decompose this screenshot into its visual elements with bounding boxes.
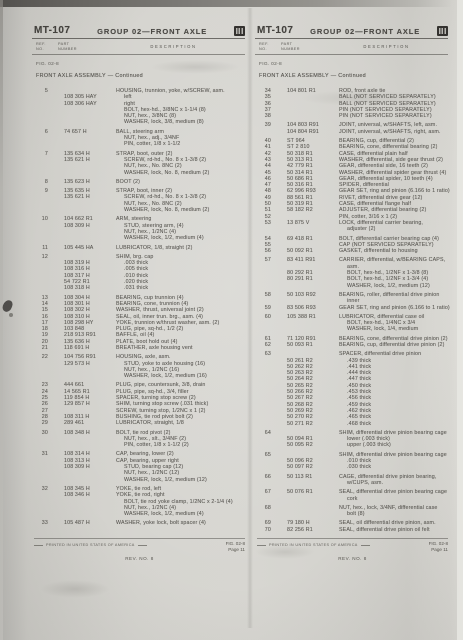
part-number-cell: 82 256 R1 — [271, 527, 339, 533]
footer-dash — [257, 545, 266, 546]
part-number-cell — [271, 326, 339, 332]
parts-row: 6250 093 R1BEARING, cup, differential dr… — [255, 342, 450, 348]
part-number-cell: 50 092 R1 — [271, 248, 339, 254]
ref-cell — [255, 283, 271, 289]
part-number-cell: 104 804 R91 — [271, 129, 339, 135]
parts-row: PIN, cotter, 1/8 x 1-1/2 (2) — [32, 442, 247, 448]
parts-row: w/CUPS, asm. — [255, 480, 450, 486]
description-column-label: DESCRIPTION — [325, 44, 448, 49]
description-cell: JOINT, universal, w/SHAFTS, right, asm. — [339, 129, 450, 135]
description-cell: cork — [339, 496, 450, 502]
ref-cell — [255, 442, 271, 448]
description-cell: bolt (8) — [339, 511, 450, 517]
description-cell: upper (.003 thick) — [339, 442, 450, 448]
description-cell: adjuster (2) — [339, 226, 450, 232]
scan-edge-artifact-left — [0, 0, 3, 640]
ref-cell — [32, 235, 48, 241]
parts-row: WASHER, lock, 1/2, medium (4) — [32, 235, 247, 241]
revision-number: REV. NO. 8 — [34, 556, 245, 561]
page-footer: PRINTED IN UNITED STATES OF AMERICA FIG.… — [257, 538, 448, 561]
ref-cell: 33 — [32, 520, 48, 526]
description-cell: WASHER, lock, 1/2, medium (4) — [116, 511, 247, 517]
description-cell: WASHER, lock, 1/4, medium — [339, 326, 450, 332]
ref-cell: 62 — [255, 342, 271, 348]
part-number-cell — [48, 442, 116, 448]
description-cell: WASHER, lock, No. 8, medium (2) — [116, 170, 247, 176]
description-cell: WASHER, lock, 1/2, medium (12) — [339, 283, 450, 289]
group-title: GROUP 02—FRONT AXLE — [293, 27, 437, 36]
fig-page-number: FIG. 02-8 Page 11 — [429, 541, 448, 552]
ref-cell — [32, 170, 48, 176]
ref-cell — [255, 421, 271, 427]
description-cell: PIN (NOT SERVICED SEPARATELY) — [339, 113, 450, 119]
parts-row: bolt (8) — [255, 511, 450, 517]
parts-row: WASHER, lock, 1/2, medium (12) — [32, 477, 247, 483]
description-cell: .031 thick — [116, 285, 247, 291]
publisher-logo-icon — [234, 26, 245, 36]
part-column-label: PART NUMBER — [58, 42, 102, 51]
description-cell: BOOT (2) — [116, 179, 247, 185]
part-number-cell — [271, 283, 339, 289]
page-number: Page 11 — [228, 547, 245, 552]
description-cell: WASHER, lock, 1/2, medium (12) — [116, 477, 247, 483]
part-number-cell — [48, 511, 116, 517]
ref-cell: 59 — [255, 305, 271, 311]
parts-row: 7082 256 R1SEAL, differential drive pini… — [255, 527, 450, 533]
description-cell: WASHER, lock, No. 8, medium (2) — [116, 207, 247, 213]
description-column-label: DESCRIPTION — [102, 44, 245, 49]
printed-note: PRINTED IN UNITED STATES OF AMERICA — [34, 541, 226, 547]
publisher-logo-icon — [437, 26, 448, 36]
part-number-cell: 83 506 R93 — [271, 305, 339, 311]
part-number-cell: 289 461 — [48, 420, 116, 426]
parts-list: 34104 801 R1ROD, front axle tie35BALL (N… — [255, 88, 450, 533]
part-number-cell — [271, 480, 339, 486]
ref-cell — [255, 511, 271, 517]
part-number-cell: 50 271 R2 — [271, 421, 339, 427]
parts-row: adjuster (2) — [255, 226, 450, 232]
printed-note: PRINTED IN UNITED STATES OF AMERICA — [257, 541, 429, 547]
scan-edge-artifact-top — [0, 0, 452, 7]
catalog-page-left: MT-107 GROUP 02—FRONT AXLE REF. NO. PART… — [30, 10, 247, 630]
parts-row: WASHER, lock, 1/4, medium — [255, 326, 450, 332]
parts-row: 29289 461LUBRICATOR, straight, 1/8 — [32, 420, 247, 426]
parts-row: 5983 506 R93GEAR SET, ring and pinion (6… — [255, 305, 450, 311]
part-number-cell: 118 691 H — [48, 345, 116, 351]
page-header: MT-107 GROUP 02—FRONT AXLE — [257, 18, 448, 36]
description-cell: WASHER, yoke lock, bolt spacer (4) — [116, 520, 247, 526]
description-cell: LUBRICATOR, straight, 1/8 — [116, 420, 247, 426]
column-header: REF. NO. PART NUMBER DESCRIPTION — [32, 38, 245, 55]
page-footer: PRINTED IN UNITED STATES OF AMERICA FIG.… — [34, 538, 245, 561]
ref-cell: 21 — [32, 345, 48, 351]
part-number-cell: 50 095 R2 — [271, 442, 339, 448]
description-cell: w/CUPS, asm. — [339, 480, 450, 486]
parts-row: PIN, cotter, 1/8 x 1-1/2 — [32, 141, 247, 147]
part-number-cell — [271, 113, 339, 119]
scan-edge-artifact-right — [457, 0, 463, 640]
ref-column-label: REF. NO. — [255, 42, 281, 51]
part-number-cell — [48, 170, 116, 176]
parts-row: WASHER, lock, 1/2, medium (16) — [32, 373, 247, 379]
footer-dash — [138, 545, 147, 546]
part-number-cell: 108 318 H — [48, 285, 116, 291]
ref-cell: 8 — [32, 179, 48, 185]
figure-label: FIG. 02-8 — [259, 62, 282, 67]
description-cell: WASHER, lock, 1/2, medium (16) — [116, 373, 247, 379]
part-number-cell — [48, 477, 116, 483]
parts-list: 5HOUSING, trunnion, yoke, w/SCREW, asm.1… — [32, 88, 247, 527]
part-number-cell: 50 093 R1 — [271, 342, 339, 348]
ink-dot — [9, 313, 13, 317]
parts-row: 21118 691 HBREATHER, axle housing vent — [32, 345, 247, 351]
parts-row: 8135 623 HBOOT (2) — [32, 179, 247, 185]
parts-row: 33105 487 HWASHER, yoke lock, bolt space… — [32, 520, 247, 526]
ref-cell — [255, 464, 271, 470]
description-cell: .030 thick — [339, 464, 450, 470]
ref-cell — [32, 511, 48, 517]
part-number-cell — [48, 141, 116, 147]
catalog-page-right: MT-107 GROUP 02—FRONT AXLE REF. NO. PART… — [253, 10, 450, 630]
footer-dash — [361, 545, 370, 546]
parts-row: 104 804 R91JOINT, universal, w/SHAFTS, r… — [255, 129, 450, 135]
part-number-cell: 50 097 R2 — [271, 464, 339, 470]
ref-cell — [32, 442, 48, 448]
ref-cell — [32, 373, 48, 379]
parts-row: cork — [255, 496, 450, 502]
parts-row: 50 095 R2upper (.003 thick) — [255, 442, 450, 448]
ref-cell — [255, 496, 271, 502]
description-cell: WASHER, lock, 1/2, medium (4) — [116, 235, 247, 241]
part-number-cell: 105 487 H — [48, 520, 116, 526]
description-cell: PIN, cotter, 1/8 x 1-1/2 — [116, 141, 247, 147]
description-cell: LUBRICATOR, 1/8, straight (2) — [116, 245, 247, 251]
section-title: FRONT AXLE ASSEMBLY — Continued — [36, 73, 143, 79]
column-header: REF. NO. PART NUMBER DESCRIPTION — [255, 38, 448, 55]
ref-cell — [32, 285, 48, 291]
parts-row: 50 271 R2.468 thick — [255, 421, 450, 427]
manual-code: MT-107 — [257, 25, 293, 36]
part-number-cell — [48, 207, 116, 213]
description-cell: GASKET, differential to housing — [339, 248, 450, 254]
ref-column-label: REF. NO. — [32, 42, 58, 51]
ref-cell: 11 — [32, 245, 48, 251]
page-header: MT-107 GROUP 02—FRONT AXLE — [34, 18, 245, 36]
parts-row: WASHER, lock, No. 8, medium (2) — [32, 170, 247, 176]
ref-cell — [255, 326, 271, 332]
part-column-label: PART NUMBER — [281, 42, 325, 51]
part-number-cell — [271, 496, 339, 502]
part-number-cell — [48, 235, 116, 241]
ref-cell: 38 — [255, 113, 271, 119]
ref-cell — [32, 119, 48, 125]
figure-label: FIG. 02-8 — [36, 62, 59, 67]
part-number-cell — [48, 119, 116, 125]
description-cell: WASHER, lock, 3/8, medium (8) — [116, 119, 247, 125]
ref-cell — [32, 477, 48, 483]
description-cell: BEARING, cup, differential drive pinion … — [339, 342, 450, 348]
parts-row: 108 318 H.031 thick — [32, 285, 247, 291]
ref-cell — [255, 226, 271, 232]
footer-dash — [34, 545, 43, 546]
ref-cell — [32, 141, 48, 147]
description-cell: PIN, cotter, 1/8 x 1-1/2 (2) — [116, 442, 247, 448]
parts-row: WASHER, lock, 3/8, medium (8) — [32, 119, 247, 125]
fig-page-number: FIG. 02-8 Page 11 — [226, 541, 245, 552]
description-cell: .468 thick — [339, 421, 450, 427]
parts-row: WASHER, lock, 1/2, medium (12) — [255, 283, 450, 289]
description-cell: SEAL, differential drive pinion oil felt — [339, 527, 450, 533]
ref-cell — [255, 129, 271, 135]
part-number-cell: 105 445 HA — [48, 245, 116, 251]
ref-cell — [255, 480, 271, 486]
parts-row: 11105 445 HALUBRICATOR, 1/8, straight (2… — [32, 245, 247, 251]
parts-row: 38PIN (NOT SERVICED SEPARATELY) — [255, 113, 450, 119]
description-cell: BREATHER, axle housing vent — [116, 345, 247, 351]
parts-row: WASHER, lock, 1/2, medium (4) — [32, 511, 247, 517]
part-number-cell — [271, 226, 339, 232]
ref-cell — [32, 207, 48, 213]
manual-code: MT-107 — [34, 25, 70, 36]
section-title: FRONT AXLE ASSEMBLY — Continued — [259, 73, 366, 79]
ref-cell: 29 — [32, 420, 48, 426]
revision-number: REV. NO. 8 — [257, 556, 448, 561]
group-title: GROUP 02—FRONT AXLE — [70, 27, 234, 36]
part-number-cell — [48, 373, 116, 379]
ref-cell: 70 — [255, 527, 271, 533]
part-number-cell — [271, 511, 339, 517]
part-number-cell: 135 623 H — [48, 179, 116, 185]
parts-row: WASHER, lock, No. 8, medium (2) — [32, 207, 247, 213]
parts-row: 50 097 R2.030 thick — [255, 464, 450, 470]
ref-cell: 56 — [255, 248, 271, 254]
description-cell: GEAR SET, ring and pinion (6.166 to 1 ra… — [339, 305, 450, 311]
page-number: Page 11 — [431, 547, 448, 552]
parts-row: 5650 092 R1GASKET, differential to housi… — [255, 248, 450, 254]
